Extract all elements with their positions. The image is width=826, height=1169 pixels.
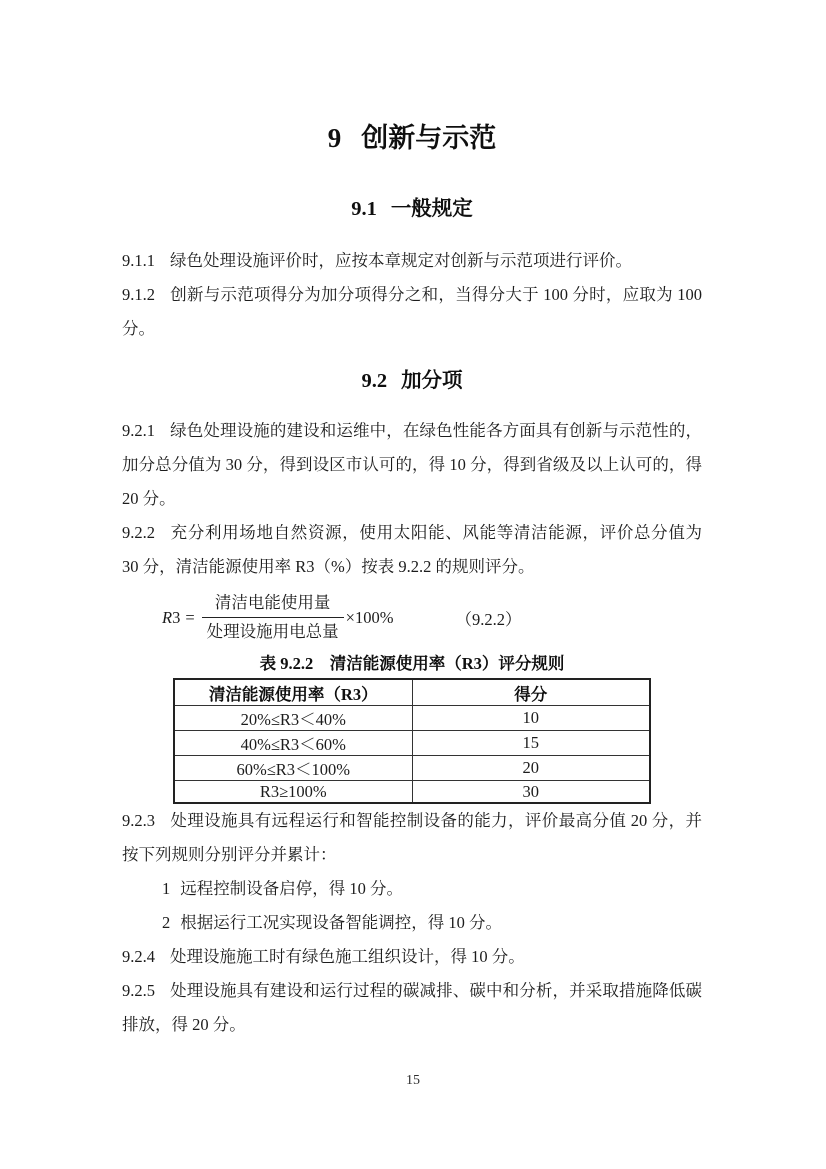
equation-number: （9.2.2） <box>455 606 521 630</box>
section-number: 9.1 <box>351 198 377 220</box>
item-number: 1 <box>162 879 170 898</box>
chapter-title-text: 创新与示范 <box>361 123 496 153</box>
clause-text: 绿色处理设施评价时，应按本章规定对创新与示范项进行评价。 <box>170 251 632 270</box>
table-cell-range: 20%≤R3＜40% <box>174 706 412 731</box>
clause-number: 9.2.4 <box>122 947 155 966</box>
item-text: 根据运行工况实现设备智能调控，得 10 分。 <box>180 913 502 932</box>
clause-text: 充分利用场地自然资源，使用太阳能、风能等清洁能源，评价总分值为 30 分，清洁能… <box>122 523 702 576</box>
table-caption: 表 9.2.2 清洁能源使用率（R3）评分规则 <box>122 653 702 675</box>
clause-9-2-5: 9.2.5处理设施具有建设和运行过程的碳减排、碳中和分析，并采取措施降低碳排放，… <box>122 974 702 1042</box>
table-row: 40%≤R3＜60% 15 <box>174 731 650 756</box>
formula-variable: R <box>162 608 172 628</box>
scoring-table: 清洁能源使用率（R3） 得分 20%≤R3＜40% 10 40%≤R3＜60% … <box>173 678 651 804</box>
section-heading-9-1: 9.1一般规定 <box>122 194 702 224</box>
section-title-text: 一般规定 <box>391 198 473 220</box>
clause-9-2-2: 9.2.2充分利用场地自然资源，使用太阳能、风能等清洁能源，评价总分值为 30 … <box>122 516 702 584</box>
chapter-number: 9 <box>328 123 342 153</box>
table-cell-score: 10 <box>412 706 650 731</box>
clause-9-1-2: 9.1.2创新与示范项得分为加分项得分之和，当得分大于 100 分时，应取为 1… <box>122 278 702 346</box>
section-title-text: 加分项 <box>401 370 463 392</box>
item-text: 远程控制设备启停，得 10 分。 <box>180 879 403 898</box>
section-heading-9-2: 9.2加分项 <box>122 366 702 396</box>
table-row: 60%≤R3＜100% 20 <box>174 756 650 781</box>
table-row: 20%≤R3＜40% 10 <box>174 706 650 731</box>
clause-number: 9.2.2 <box>122 523 155 542</box>
formula-multiplier: ×100% <box>346 608 394 628</box>
clause-9-1-1: 9.1.1绿色处理设施评价时，应按本章规定对创新与示范项进行评价。 <box>122 244 702 278</box>
header-cell-score: 得分 <box>412 679 650 706</box>
table-header-row: 清洁能源使用率（R3） 得分 <box>174 679 650 706</box>
clause-text: 绿色处理设施的建设和运维中，在绿色性能各方面具有创新与示范性的，加分总分值为 3… <box>122 421 702 508</box>
formula-9-2-2: R3 = 清洁电能使用量 处理设施用电总量 ×100% （9.2.2） <box>162 590 702 645</box>
clause-number: 9.1.1 <box>122 251 155 270</box>
equals-sign: = <box>185 608 194 628</box>
header-cell-rate: 清洁能源使用率（R3） <box>174 679 412 706</box>
clause-text: 创新与示范项得分为加分项得分之和，当得分大于 100 分时，应取为 100 分。 <box>122 285 702 338</box>
clause-9-2-1: 9.2.1绿色处理设施的建设和运维中，在绿色性能各方面具有创新与示范性的，加分总… <box>122 414 702 516</box>
table-row: R3≥100% 30 <box>174 781 650 804</box>
table-cell-score: 20 <box>412 756 650 781</box>
document-page: 9创新与示范 9.1一般规定 9.1.1绿色处理设施评价时，应按本章规定对创新与… <box>0 0 826 1169</box>
clause-text: 处理设施具有远程运行和智能控制设备的能力，评价最高分值 20 分，并按下列规则分… <box>122 811 702 864</box>
clause-9-2-4: 9.2.4处理设施施工时有绿色施工组织设计，得 10 分。 <box>122 940 702 974</box>
clause-number: 9.2.3 <box>122 811 155 830</box>
list-item-2: 2根据运行工况实现设备智能调控，得 10 分。 <box>122 906 702 940</box>
clause-number: 9.2.1 <box>122 421 155 440</box>
clause-text: 处理设施具有建设和运行过程的碳减排、碳中和分析，并采取措施降低碳排放，得 20 … <box>122 981 702 1034</box>
table-cell-range: R3≥100% <box>174 781 412 804</box>
section-number: 9.2 <box>361 370 387 392</box>
clause-9-2-3: 9.2.3处理设施具有远程运行和智能控制设备的能力，评价最高分值 20 分，并按… <box>122 804 702 872</box>
table-cell-score: 15 <box>412 731 650 756</box>
clause-number: 9.2.5 <box>122 981 155 1000</box>
clause-number: 9.1.2 <box>122 285 155 304</box>
clause-group-9-1: 9.1.1绿色处理设施评价时，应按本章规定对创新与示范项进行评价。 9.1.2创… <box>122 244 702 346</box>
fraction-numerator: 清洁电能使用量 <box>202 590 344 617</box>
table-cell-range: 60%≤R3＜100% <box>174 756 412 781</box>
fraction-denominator: 处理设施用电总量 <box>202 617 344 645</box>
fraction: 清洁电能使用量 处理设施用电总量 <box>202 590 344 645</box>
formula-variable-index: 3 <box>172 608 180 628</box>
list-item-1: 1远程控制设备启停，得 10 分。 <box>122 872 702 906</box>
chapter-title: 9创新与示范 <box>122 0 702 158</box>
clause-group-9-2: 9.2.1绿色处理设施的建设和运维中，在绿色性能各方面具有创新与示范性的，加分总… <box>122 414 702 1042</box>
clause-text: 处理设施施工时有绿色施工组织设计，得 10 分。 <box>170 947 525 966</box>
item-number: 2 <box>162 913 170 932</box>
table-cell-score: 30 <box>412 781 650 804</box>
page-content: 9创新与示范 9.1一般规定 9.1.1绿色处理设施评价时，应按本章规定对创新与… <box>0 0 826 1042</box>
table-cell-range: 40%≤R3＜60% <box>174 731 412 756</box>
page-number: 15 <box>0 1072 826 1090</box>
